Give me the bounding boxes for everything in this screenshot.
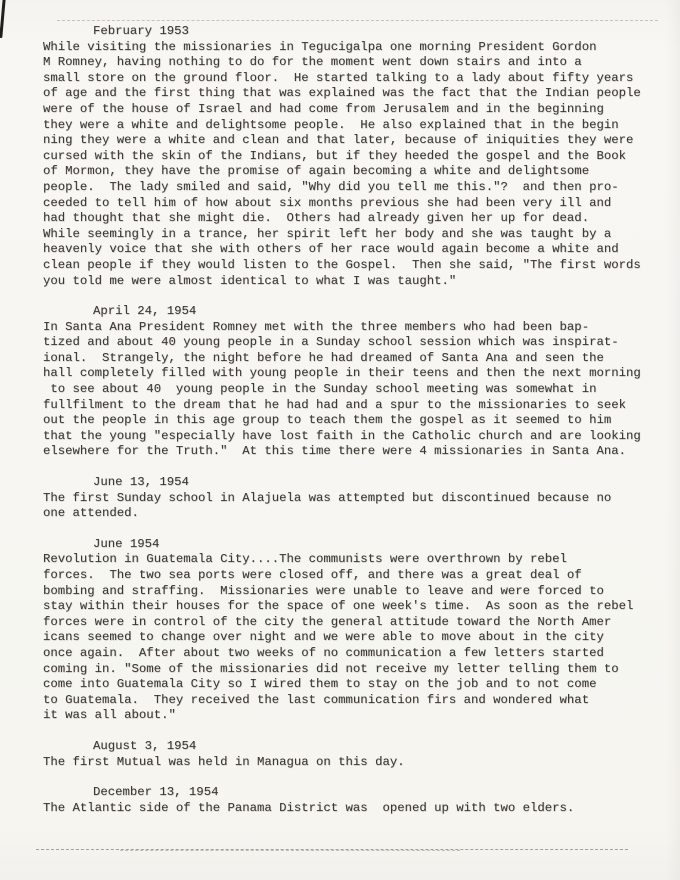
entry-date-heading: February 1953 [43, 24, 662, 40]
text-line: of Mormon, they have the promise of agai… [43, 164, 662, 180]
text-line: cursed with the skin of the Indians, but… [43, 149, 662, 165]
text-line: small store on the ground floor. He star… [43, 71, 662, 87]
text-line: M Romney, having nothing to do for the m… [43, 55, 662, 71]
entry-date-heading: August 3, 1954 [43, 739, 662, 755]
text-line: were of the house of Israel and had come… [43, 102, 662, 118]
text-line: clean people if they would listen to the… [43, 258, 662, 274]
entry-date-heading: June 13, 1954 [43, 475, 662, 491]
scan-artifact-line-bottom-overlay [120, 850, 460, 851]
text-line: stay within their houses for the space o… [43, 599, 662, 615]
text-line: to Guatemala. They received the last com… [43, 693, 662, 709]
text-line: come into Guatemala City so I wired them… [43, 677, 662, 693]
text-line: In Santa Ana President Romney met with t… [43, 320, 662, 336]
text-line: The first Mutual was held in Managua on … [43, 755, 662, 771]
entry-date-heading: December 13, 1954 [43, 785, 662, 801]
journal-entry-1: April 24, 1954In Santa Ana President Rom… [43, 304, 662, 460]
paper-edge-shading [666, 0, 680, 880]
scan-artifact-line-top [57, 20, 658, 21]
text-line: ional. Strangely, the night before he ha… [43, 351, 662, 367]
text-line: bombing and straffing. Missionaries were… [43, 584, 662, 600]
text-line: out the people in this age group to teac… [43, 413, 662, 429]
journal-entry-3: June 1954Revolution in Guatemala City...… [43, 537, 662, 724]
text-line: that the young "especially have lost fai… [43, 429, 662, 445]
text-line: Revolution in Guatemala City....The comm… [43, 552, 662, 568]
text-line: people. The lady smiled and said, "Why d… [43, 180, 662, 196]
text-line: hall completely filled with young people… [43, 366, 662, 382]
text-line: fullfilment to the dream that he had had… [43, 398, 662, 414]
text-line: coming in. "Some of the missionaries did… [43, 662, 662, 678]
text-line: to see about 40 young people in the Sund… [43, 382, 662, 398]
text-line: heavenly voice that she with others of h… [43, 242, 662, 258]
journal-entry-2: June 13, 1954The first Sunday school in … [43, 475, 662, 522]
text-line: one attended. [43, 506, 662, 522]
text-line: tized and about 40 young people in a Sun… [43, 335, 662, 351]
text-line: of age and the first thing that was expl… [43, 86, 662, 102]
text-line: ning they were a white and clean and tha… [43, 133, 662, 149]
text-line: icans seemed to change over night and we… [43, 630, 662, 646]
text-line: forces. The two sea ports were closed of… [43, 568, 662, 584]
text-line: they were a white and delightsome people… [43, 118, 662, 134]
text-line: it was all about." [43, 708, 662, 724]
entry-date-heading: June 1954 [43, 537, 662, 553]
text-line: The Atlantic side of the Panama District… [43, 801, 662, 817]
text-line: elsewhere for the Truth." At this time t… [43, 444, 662, 460]
text-line: While visiting the missionaries in Teguc… [43, 40, 662, 56]
scanned-document-page: February 1953While visiting the missiona… [0, 0, 680, 880]
document-body: February 1953While visiting the missiona… [43, 24, 662, 816]
entry-date-heading: April 24, 1954 [43, 304, 662, 320]
text-line: had thought that she might die. Others h… [43, 211, 662, 227]
journal-entry-5: December 13, 1954The Atlantic side of th… [43, 785, 662, 816]
text-line: ceeded to tell him of how about six mont… [43, 196, 662, 212]
journal-entry-4: August 3, 1954The first Mutual was held … [43, 739, 662, 770]
text-line: The first Sunday school in Alajuela was … [43, 491, 662, 507]
scan-corner-artifact [0, 0, 6, 38]
journal-entry-0: February 1953While visiting the missiona… [43, 24, 662, 289]
text-line: While seemingly in a trance, her spirit … [43, 227, 662, 243]
text-line: you told me were almost identical to wha… [43, 274, 662, 290]
text-line: once again. After about two weeks of no … [43, 646, 662, 662]
text-line: forces were in control of the city the g… [43, 615, 662, 631]
